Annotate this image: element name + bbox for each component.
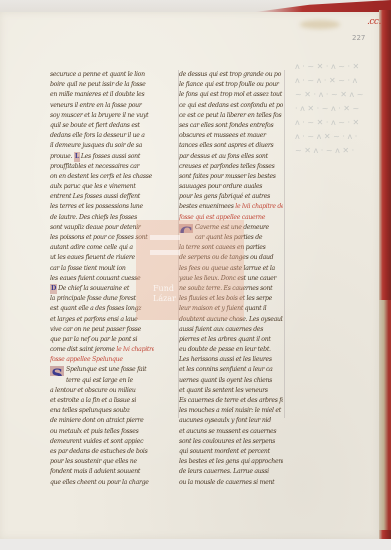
text-line: eu doubte de pesse en leur tebt. <box>179 345 283 355</box>
page-stain <box>300 20 340 29</box>
text-line: les terres et les possessions lune <box>50 202 154 212</box>
text-line: uernes quant ils oyent les chiens <box>179 376 283 386</box>
text-line: et quant ils sentent les veneurs <box>179 386 283 396</box>
text-line: a lentour et obscure ou milieu <box>50 386 154 396</box>
page-edge-lower <box>379 300 391 530</box>
text-line: et aucuns se mussent es cauernes <box>179 427 283 437</box>
text-line: ou metaulx et puis telles fosses <box>50 427 154 437</box>
text-line: come dist saint jerome le lvi chapitre d… <box>50 345 154 355</box>
text-line: securuce a penne et quant le lion <box>50 70 154 80</box>
text-line: Les herissons aussi et les lieures <box>179 355 283 365</box>
text-line: qui souuent mordent et percent <box>179 447 283 457</box>
text-line: S Spelunque est une fosse fait <box>50 365 154 375</box>
pencil-folio-number: 227 <box>352 34 365 42</box>
text-line: et les connins senfuient a leur ca <box>179 365 283 375</box>
text-line: le fons qui est trop mol et assez tout <box>179 90 283 100</box>
text-line: il demeure jusques du soir de sa <box>50 141 154 151</box>
text-line: vive car on ne peut passer fosse <box>50 325 154 335</box>
text-line: que elles cheent ou pour la charge <box>50 478 154 488</box>
rubric: le lvi chapitre de la <box>116 346 154 353</box>
text-line: dedans elle fors la desseur il ue a <box>50 131 154 141</box>
text-line: bestes enuenimees le lvii chapitre de la <box>179 202 283 212</box>
watermark-bar <box>150 250 180 255</box>
text-line: obscures et mussees et mauer <box>179 131 283 141</box>
text-line: ou la mousle de cauernes si ment <box>179 478 283 488</box>
text-line: ce qui est dedans est confondu et po <box>179 101 283 111</box>
text-line: ses car elles sont fondes entrefos <box>179 121 283 131</box>
text-line: de leurs cauernes. Larrue aussi <box>179 467 283 477</box>
text-line: soy muscer et la bruyere il ne vuyt <box>50 111 154 121</box>
text-line: aulx paruc que les e vinement <box>50 182 154 192</box>
watermark-text: Fund Lázar <box>153 284 176 304</box>
text-fragment: De chief la souueraine et <box>58 285 129 292</box>
rubric: le lvii chapitre de la <box>235 203 283 210</box>
offset-marks: ʌ · ~ ✕ · ʌ ~ · ✕ ʌ · ~ ʌ · ✕ ~ · ʌ ~ ✕ … <box>295 60 365 390</box>
text-line: demeurent vuides et sont appiec <box>50 437 154 447</box>
text-line: de miniere dont on atraict pierre <box>50 416 154 426</box>
initial-d: D <box>50 284 57 294</box>
text-fragment: Spelunque est une fosse fait <box>66 366 146 373</box>
text-line: prouffitables et necessaires car <box>50 162 154 172</box>
text-line: aucunes oyseaulx y font leur nid <box>179 416 283 426</box>
initial-s-illuminated: S <box>50 366 64 375</box>
text-line: creuses et parfondes telles fosses <box>179 162 283 172</box>
text-line: veneurs il entre en la fosse pour <box>50 101 154 111</box>
folio-number: .cc. <box>367 17 381 27</box>
text-line: terre qui est large en le <box>50 376 154 386</box>
text-line: Es cauernes de terre et des arbres font <box>179 396 283 406</box>
initial-l: L <box>74 152 80 162</box>
text-line: et estroite a la fin et a lissue si <box>50 396 154 406</box>
watermark-line: Lázar <box>153 294 176 304</box>
text-line: sont faites pour musser les bestes <box>179 172 283 182</box>
text-line: fondent mais il aduient souuent <box>50 467 154 477</box>
text-line: les mouches a miel nuisir: le miel et <box>179 406 283 416</box>
ruling-vertical <box>284 70 285 418</box>
text-line: prouue. LLes fosses aussi sont <box>50 152 154 162</box>
text-line: on en destent les cerfs et les chasse <box>50 172 154 182</box>
text-line: pierres et les arbres quant il ont <box>179 335 283 345</box>
text-line: par dessus et au fons elles sont <box>179 152 283 162</box>
text-line: le fiance qui est trop foulle ou pour <box>179 80 283 90</box>
watermark-bar <box>150 235 180 240</box>
text-line: en mille manieres et il doubte les <box>50 90 154 100</box>
text-line: aussi fuient aux cauernes des <box>179 325 283 335</box>
text-line: entrent Les fosses aussi deffent <box>50 192 154 202</box>
text-line: de dessus qui est trop grande ou po <box>179 70 283 80</box>
text-line: que par la nef ou par le pont si <box>50 335 154 345</box>
rubric-line: fosse appellee Spelunque <box>50 355 154 365</box>
text-fragment: come dist saint jerome <box>50 346 115 353</box>
text-line: tances elles sont aspres et diuers <box>179 141 283 151</box>
text-line: pour les gens fabriqué et autres <box>179 192 283 202</box>
text-line: es par dedans de estuches de bois <box>50 447 154 457</box>
text-line: les bestes et les gens qui approchent <box>179 457 283 467</box>
watermark-line: Fund <box>153 284 176 294</box>
text-line: sauuages pour ordure auales <box>179 182 283 192</box>
text-fragment: prouue. <box>50 153 72 160</box>
scan-background-bottom <box>0 539 391 550</box>
text-line: quil se boute et fiert dedans est <box>50 121 154 131</box>
text-line: ce est ce peut la liberer en telles fos <box>179 111 283 121</box>
text-line: boire quil ne peut issir de la fosse <box>50 80 154 90</box>
text-line: ena telles spelunques soubz <box>50 406 154 416</box>
text-line: sont les coulouures et les serpens <box>179 437 283 447</box>
text-fragment: Les fosses aussi sont <box>81 153 140 160</box>
text-line: pour les soustenir que elles ne <box>50 457 154 467</box>
text-fragment: bestes enuenimees <box>179 203 234 210</box>
